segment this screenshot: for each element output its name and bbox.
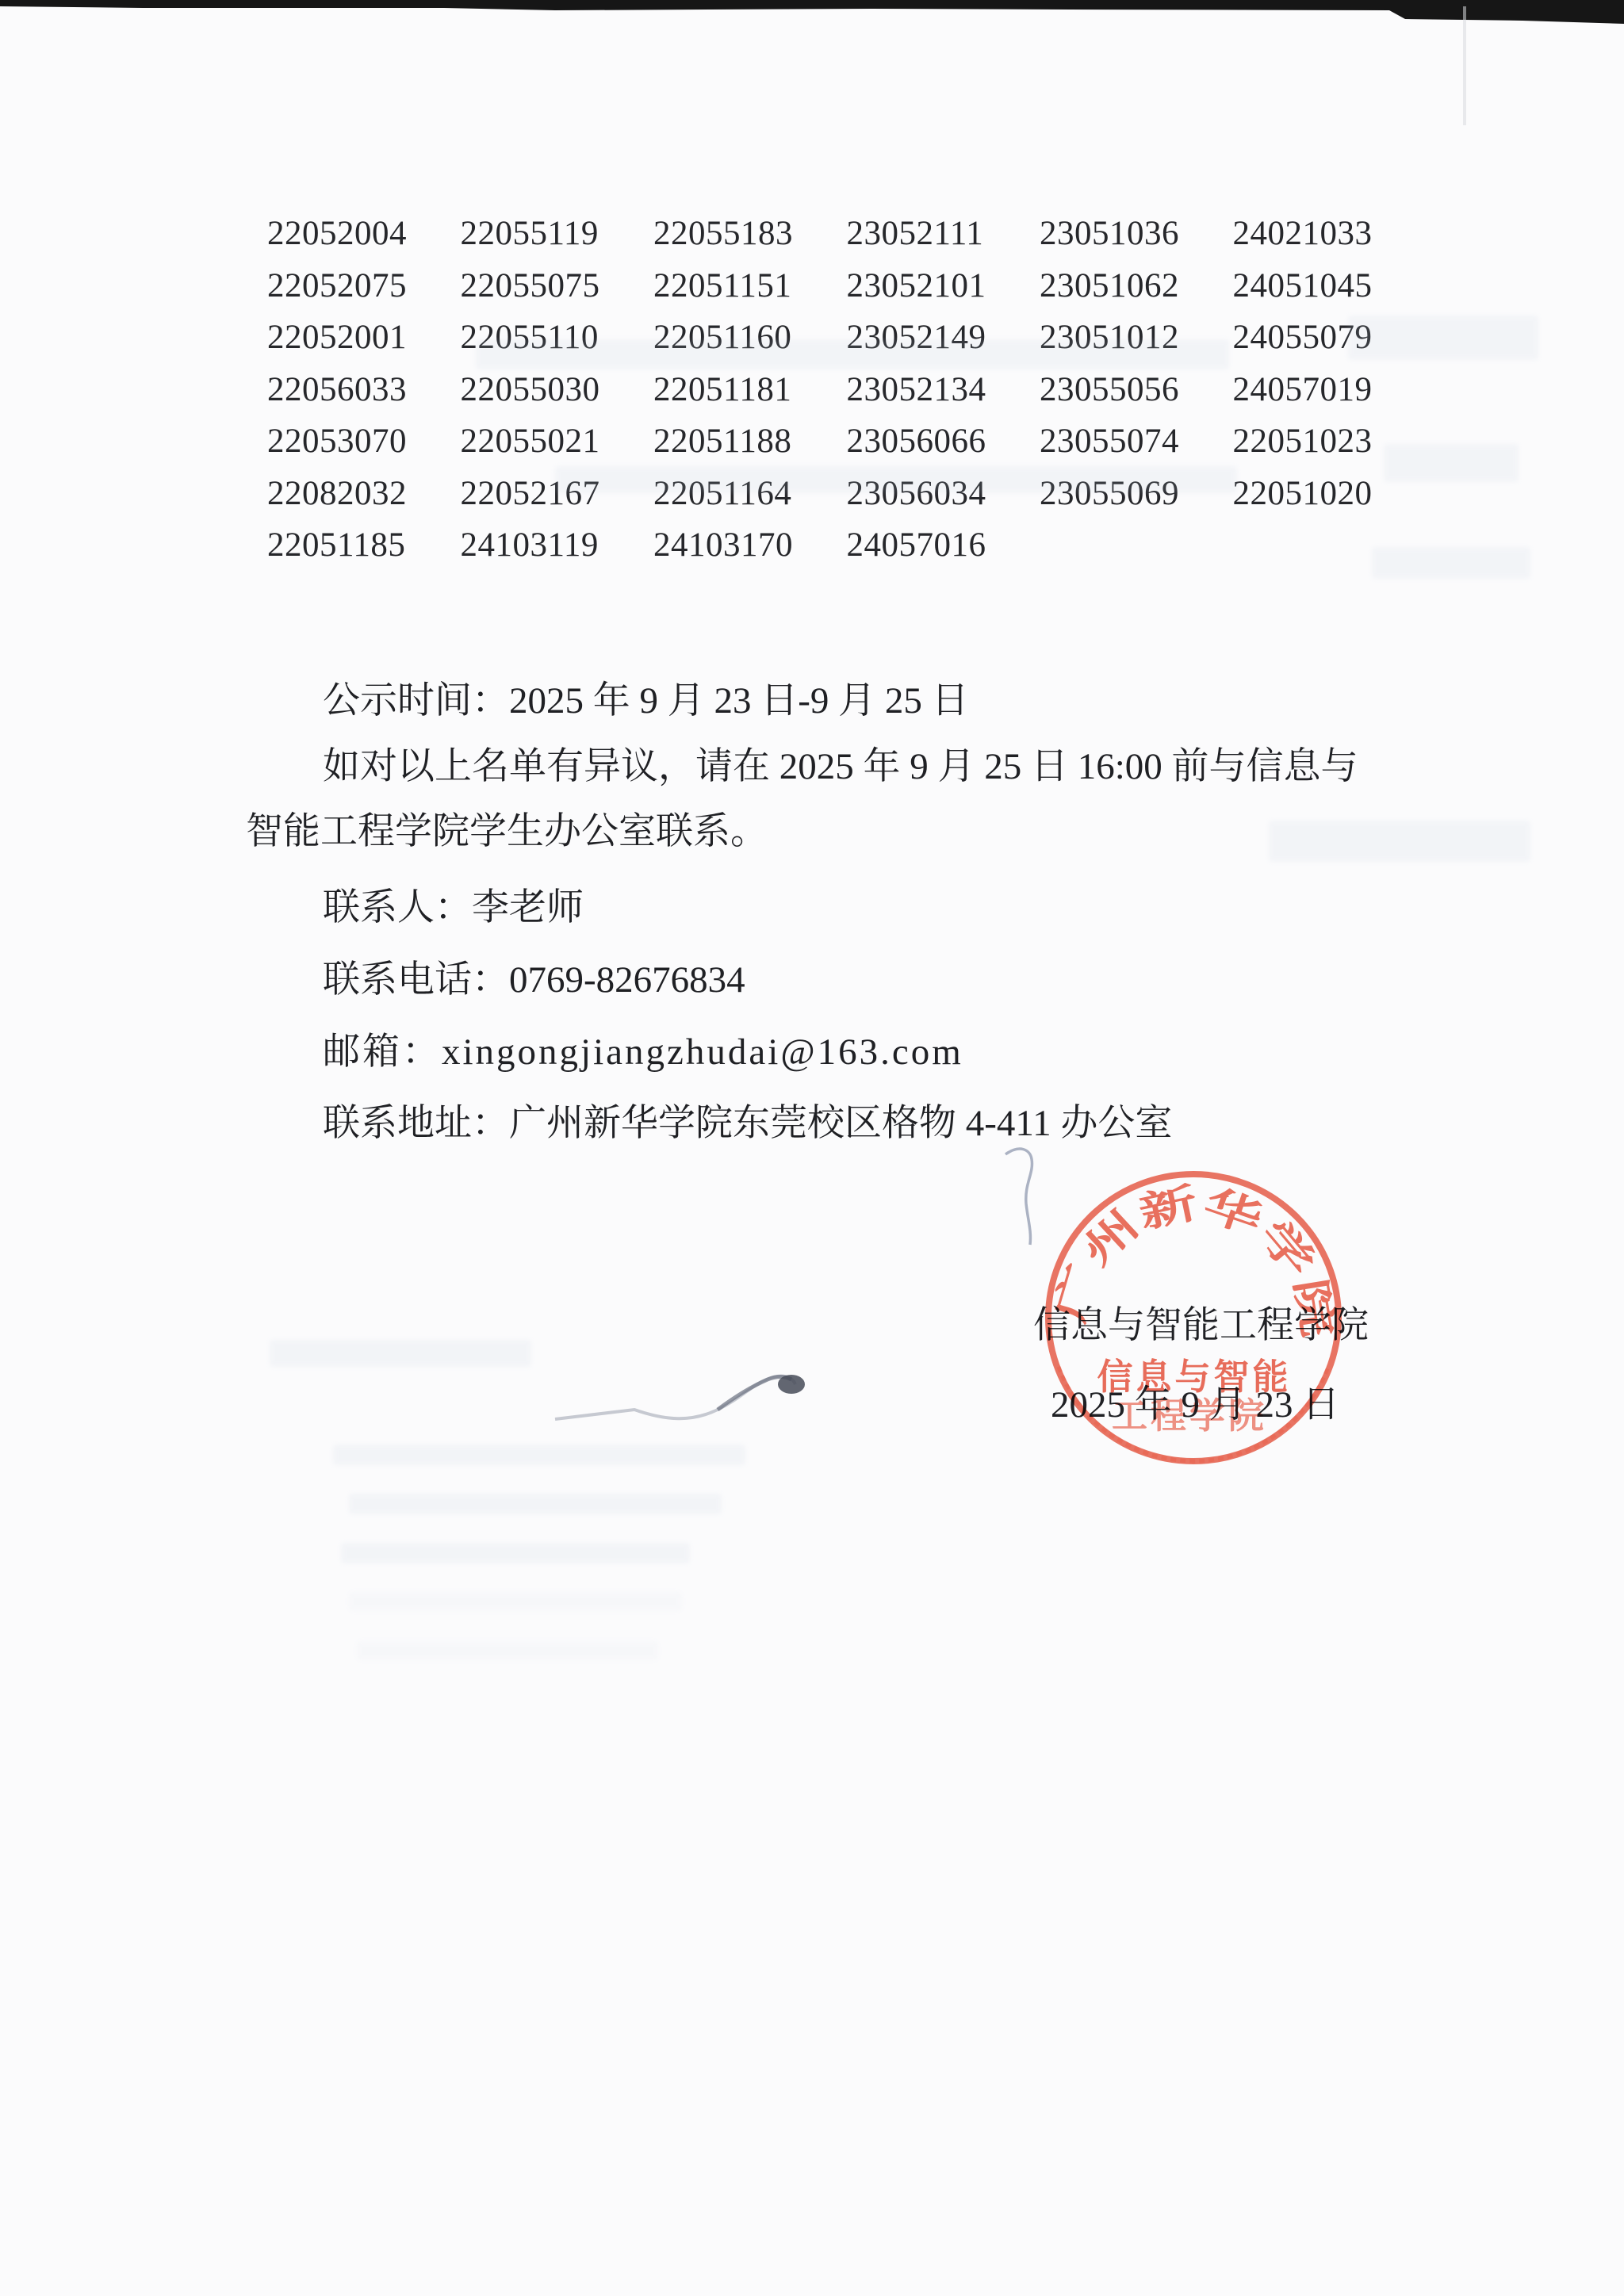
- student-id: 22082032: [267, 468, 461, 520]
- student-id: 22051181: [653, 364, 847, 416]
- bleed-through-ghost: [1372, 547, 1530, 579]
- student-id: 22055075: [461, 260, 654, 312]
- svg-text:广州新华学院: 广州新华学院: [1047, 1180, 1340, 1340]
- student-id: 24021033: [1233, 208, 1427, 260]
- student-id: 22051185: [267, 519, 461, 572]
- stamp-center-line-1: 信息与智能: [1097, 1357, 1291, 1397]
- student-id: 22052001: [267, 312, 461, 364]
- student-id: 23052111: [847, 208, 1040, 260]
- student-id: 22055119: [461, 208, 654, 260]
- student-id: 22052004: [267, 208, 461, 260]
- student-id: 24057019: [1233, 364, 1427, 416]
- bleed-through-ghost: [349, 1494, 722, 1514]
- bleed-through-ghost: [333, 1445, 745, 1465]
- scanner-hair-artifact: [1005, 1149, 1032, 1245]
- student-id: 22051188: [653, 415, 847, 468]
- student-id: 22051151: [653, 260, 847, 312]
- student-id: 24051045: [1233, 260, 1427, 312]
- student-id: 23052134: [847, 364, 1040, 416]
- scan-edge-shape: [0, 0, 1624, 24]
- bleed-through-ghost: [1348, 316, 1538, 360]
- student-id: 22055030: [461, 364, 654, 416]
- contact-email-line: 邮箱：xingongjiangzhudai@163.com: [323, 1034, 963, 1071]
- scanner-streak-artifact: [1463, 6, 1466, 125]
- contact-person-line: 联系人：李老师: [323, 890, 584, 927]
- stamp-arc-text: 广州新华学院: [1047, 1180, 1340, 1340]
- scan-edge-artifact: [0, 0, 1624, 32]
- student-id: 23051062: [1040, 260, 1233, 312]
- bleed-through-ghost: [476, 339, 1229, 369]
- student-id: 22055021: [461, 415, 654, 468]
- bleed-through-ghost: [341, 1543, 690, 1563]
- student-id: 22055183: [653, 208, 847, 260]
- student-id-grid: 22052004 22055119 22055183 23052111 2305…: [267, 208, 1426, 572]
- student-id: 23055074: [1040, 415, 1233, 468]
- bleed-through-ghost: [270, 1340, 531, 1367]
- bleed-through-ghost: [555, 466, 1237, 493]
- student-id: 23055056: [1040, 364, 1233, 416]
- pen-ink-blob: [778, 1375, 805, 1394]
- student-id: 22052075: [267, 260, 461, 312]
- bleed-through-ghost: [1384, 444, 1519, 482]
- bleed-through-ghost: [357, 1641, 658, 1660]
- student-id: 24057016: [847, 519, 1040, 572]
- objection-line-1: 如对以上名单有异议，请在 2025 年 9 月 25 日 16:00 前与信息与: [323, 748, 1358, 786]
- student-id: 24103119: [461, 519, 654, 572]
- student-id: 24103170: [653, 519, 847, 572]
- pen-scribble-dark: [718, 1377, 791, 1410]
- scanned-document-page: 22052004 22055119 22055183 23052111 2305…: [0, 0, 1624, 2296]
- student-id: 23052101: [847, 260, 1040, 312]
- publicity-period-line: 公示时间：2025 年 9 月 23 日-9 月 25 日: [323, 683, 969, 720]
- stamp-center-line-2: 工程学院: [1112, 1396, 1267, 1436]
- contact-address-line: 联系地址：广州新华学院东莞校区格物 4-411 办公室: [323, 1105, 1172, 1142]
- student-id: 23056066: [847, 415, 1040, 468]
- student-id: 22056033: [267, 364, 461, 416]
- bleed-through-ghost: [1269, 821, 1530, 862]
- official-stamp: 广州新华学院 信息与智能 工程学院: [1039, 1164, 1356, 1497]
- student-id: 23051036: [1040, 208, 1233, 260]
- contact-phone-line: 联系电话：0769-82676834: [323, 962, 745, 999]
- bleed-through-ghost: [349, 1592, 682, 1611]
- pen-scribble: [555, 1376, 795, 1419]
- objection-line-2: 智能工程学院学生办公室联系。: [246, 813, 768, 851]
- student-id: 22053070: [267, 415, 461, 468]
